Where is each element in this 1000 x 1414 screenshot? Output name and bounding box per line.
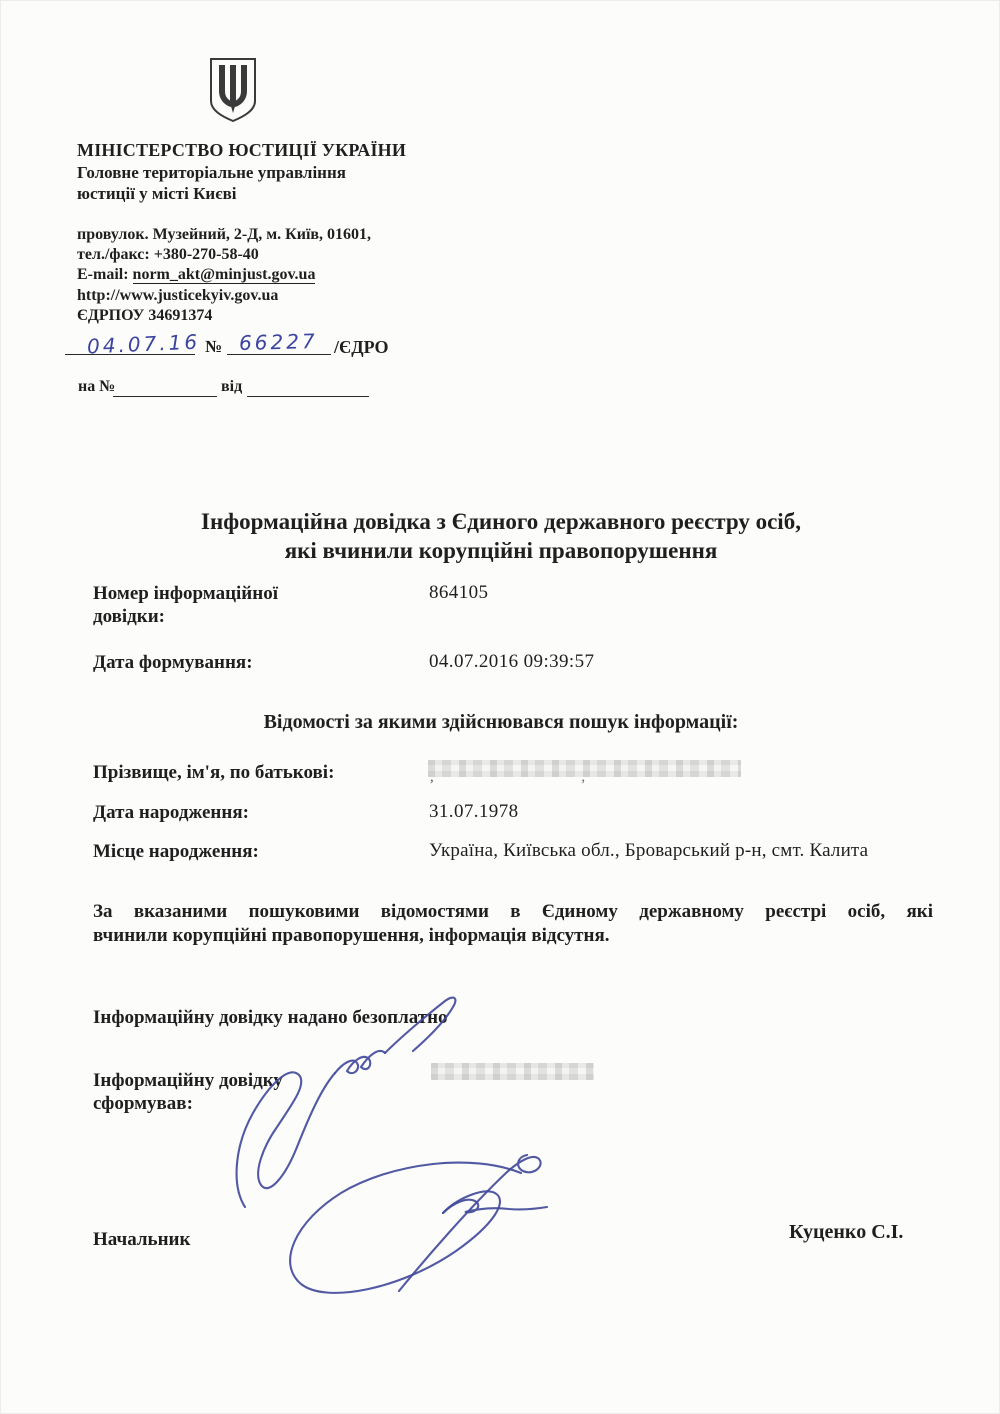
redacted-signer-name: [431, 1063, 594, 1080]
number-blank-line: [227, 354, 331, 355]
email-line: E-mail: norm_akt@minjust.gov.ua: [77, 266, 315, 284]
signer-name: Куценко С.І.: [789, 1221, 903, 1244]
formation-date-label: Дата формування:: [93, 651, 253, 674]
certificate-number-label: Номер інформаційної довідки:: [93, 582, 343, 628]
ukraine-trident-emblem-icon: [207, 57, 259, 123]
email-label: E-mail:: [77, 266, 129, 283]
handwritten-number: 66227: [239, 329, 318, 355]
search-result-line1: За вказаними пошуковими відомостями в Єд…: [93, 900, 933, 924]
full-name-label: Прізвище, ім'я, по батькові:: [93, 761, 334, 784]
edrpou-line: ЄДРПОУ 34691374: [77, 307, 212, 325]
redacted-full-name-value: [428, 760, 741, 777]
birth-date-value: 31.07.1978: [429, 801, 519, 823]
incoming-number-blank-line: [113, 396, 217, 397]
date-blank-line: [65, 354, 195, 355]
chief-signature: [263, 1143, 563, 1308]
formation-date-value: 04.07.2016 09:39:57: [429, 651, 594, 673]
email-value: norm_akt@minjust.gov.ua: [133, 266, 316, 284]
certificate-number-value: 864105: [429, 582, 488, 604]
document-title-line2: які вчинили корупційні правопорушення: [1, 536, 1000, 565]
birth-place-value: Україна, Київська обл., Броварський р-н,…: [429, 840, 868, 862]
scanned-certificate-page: МІНІСТЕРСТВО ЮСТИЦІЇ УКРАЇНИ Головне тер…: [0, 0, 1000, 1414]
from-date-blank-line: [247, 396, 369, 397]
registry-suffix: /ЄДРО: [334, 337, 388, 358]
free-of-charge-note: Інформаційну довідку надано безоплатно: [93, 1007, 448, 1029]
position-label: Начальник: [93, 1229, 190, 1251]
from-date-label: від: [221, 378, 242, 396]
department-name: Головне територіальне управління юстиції…: [77, 162, 346, 204]
website-line: http://www.justicekyiv.gov.ua: [77, 287, 278, 305]
birth-date-label: Дата народження:: [93, 801, 249, 824]
search-result-line2: вчинили корупційні правопорушення, інфор…: [93, 924, 933, 948]
incoming-number-label: на №: [78, 378, 115, 396]
document-title-line1: Інформаційна довідка з Єдиного державног…: [1, 507, 1000, 536]
phone-line: тел./факс: +380-270-58-40: [77, 246, 259, 264]
search-section-heading: Відомості за якими здійснювався пошук ін…: [1, 711, 1000, 734]
address-line: провулок. Музейний, 2-Д, м. Київ, 01601,: [77, 226, 371, 244]
document-title: Інформаційна довідка з Єдиного державног…: [1, 507, 1000, 565]
search-result-paragraph: За вказаними пошуковими відомостями в Єд…: [93, 900, 933, 947]
ministry-name: МІНІСТЕРСТВО ЮСТИЦІЇ УКРАЇНИ: [77, 140, 406, 161]
number-sign: №: [205, 337, 222, 357]
formed-by-label: Інформаційну довідку сформував:: [93, 1069, 338, 1115]
birth-place-label: Місце народження:: [93, 840, 259, 863]
